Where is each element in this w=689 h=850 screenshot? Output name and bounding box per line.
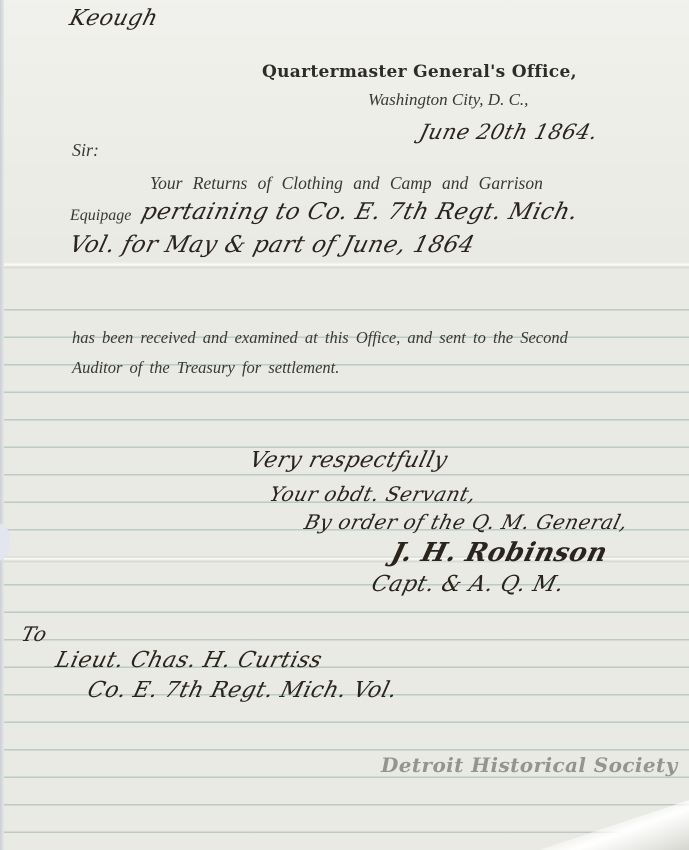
closing-line-1: Very respectfully <box>247 448 450 473</box>
watermark-detroit-historical-society: Detroit Historical Society <box>381 753 678 777</box>
letterhead-office: Quartermaster General's Office, <box>262 62 577 82</box>
body-equipage-printed: Equipage <box>70 207 131 225</box>
signature: J. H. Robinson <box>388 538 610 568</box>
corner-note: Keough <box>67 6 161 31</box>
paper-tear <box>0 522 10 562</box>
addressee-name: Lieut. Chas. H. Curtiss <box>53 648 325 673</box>
body-line-1: Your Returns of Clothing and Camp and Ga… <box>150 173 543 194</box>
closing-line-3: By order of the Q. M. General, <box>302 510 630 534</box>
addressee-unit: Co. E. 7th Regt. Mich. Vol. <box>85 678 400 703</box>
letter-date: June 20th 1864. <box>417 120 601 144</box>
letterhead-location: Washington City, D. C., <box>368 90 528 110</box>
body-line-4: has been received and examined at this O… <box>72 328 568 348</box>
fold-crease-upper <box>0 262 689 269</box>
page-curl <box>539 800 689 850</box>
body-line-3-handwritten: Vol. for May & part of June, 1864 <box>67 232 478 258</box>
paper-edge <box>0 0 4 850</box>
body-line-2-handwritten: pertaining to Co. E. 7th Regt. Mich. <box>139 199 581 225</box>
signer-title: Capt. & A. Q. M. <box>369 572 567 597</box>
addressee-prefix: To <box>19 622 50 646</box>
body-line-5: Auditor of the Treasury for settlement. <box>72 358 339 378</box>
letter-page: Keough Quartermaster General's Office, W… <box>0 0 689 850</box>
closing-line-2: Your obdt. Servant, <box>267 482 479 506</box>
salutation: Sir: <box>72 140 99 161</box>
